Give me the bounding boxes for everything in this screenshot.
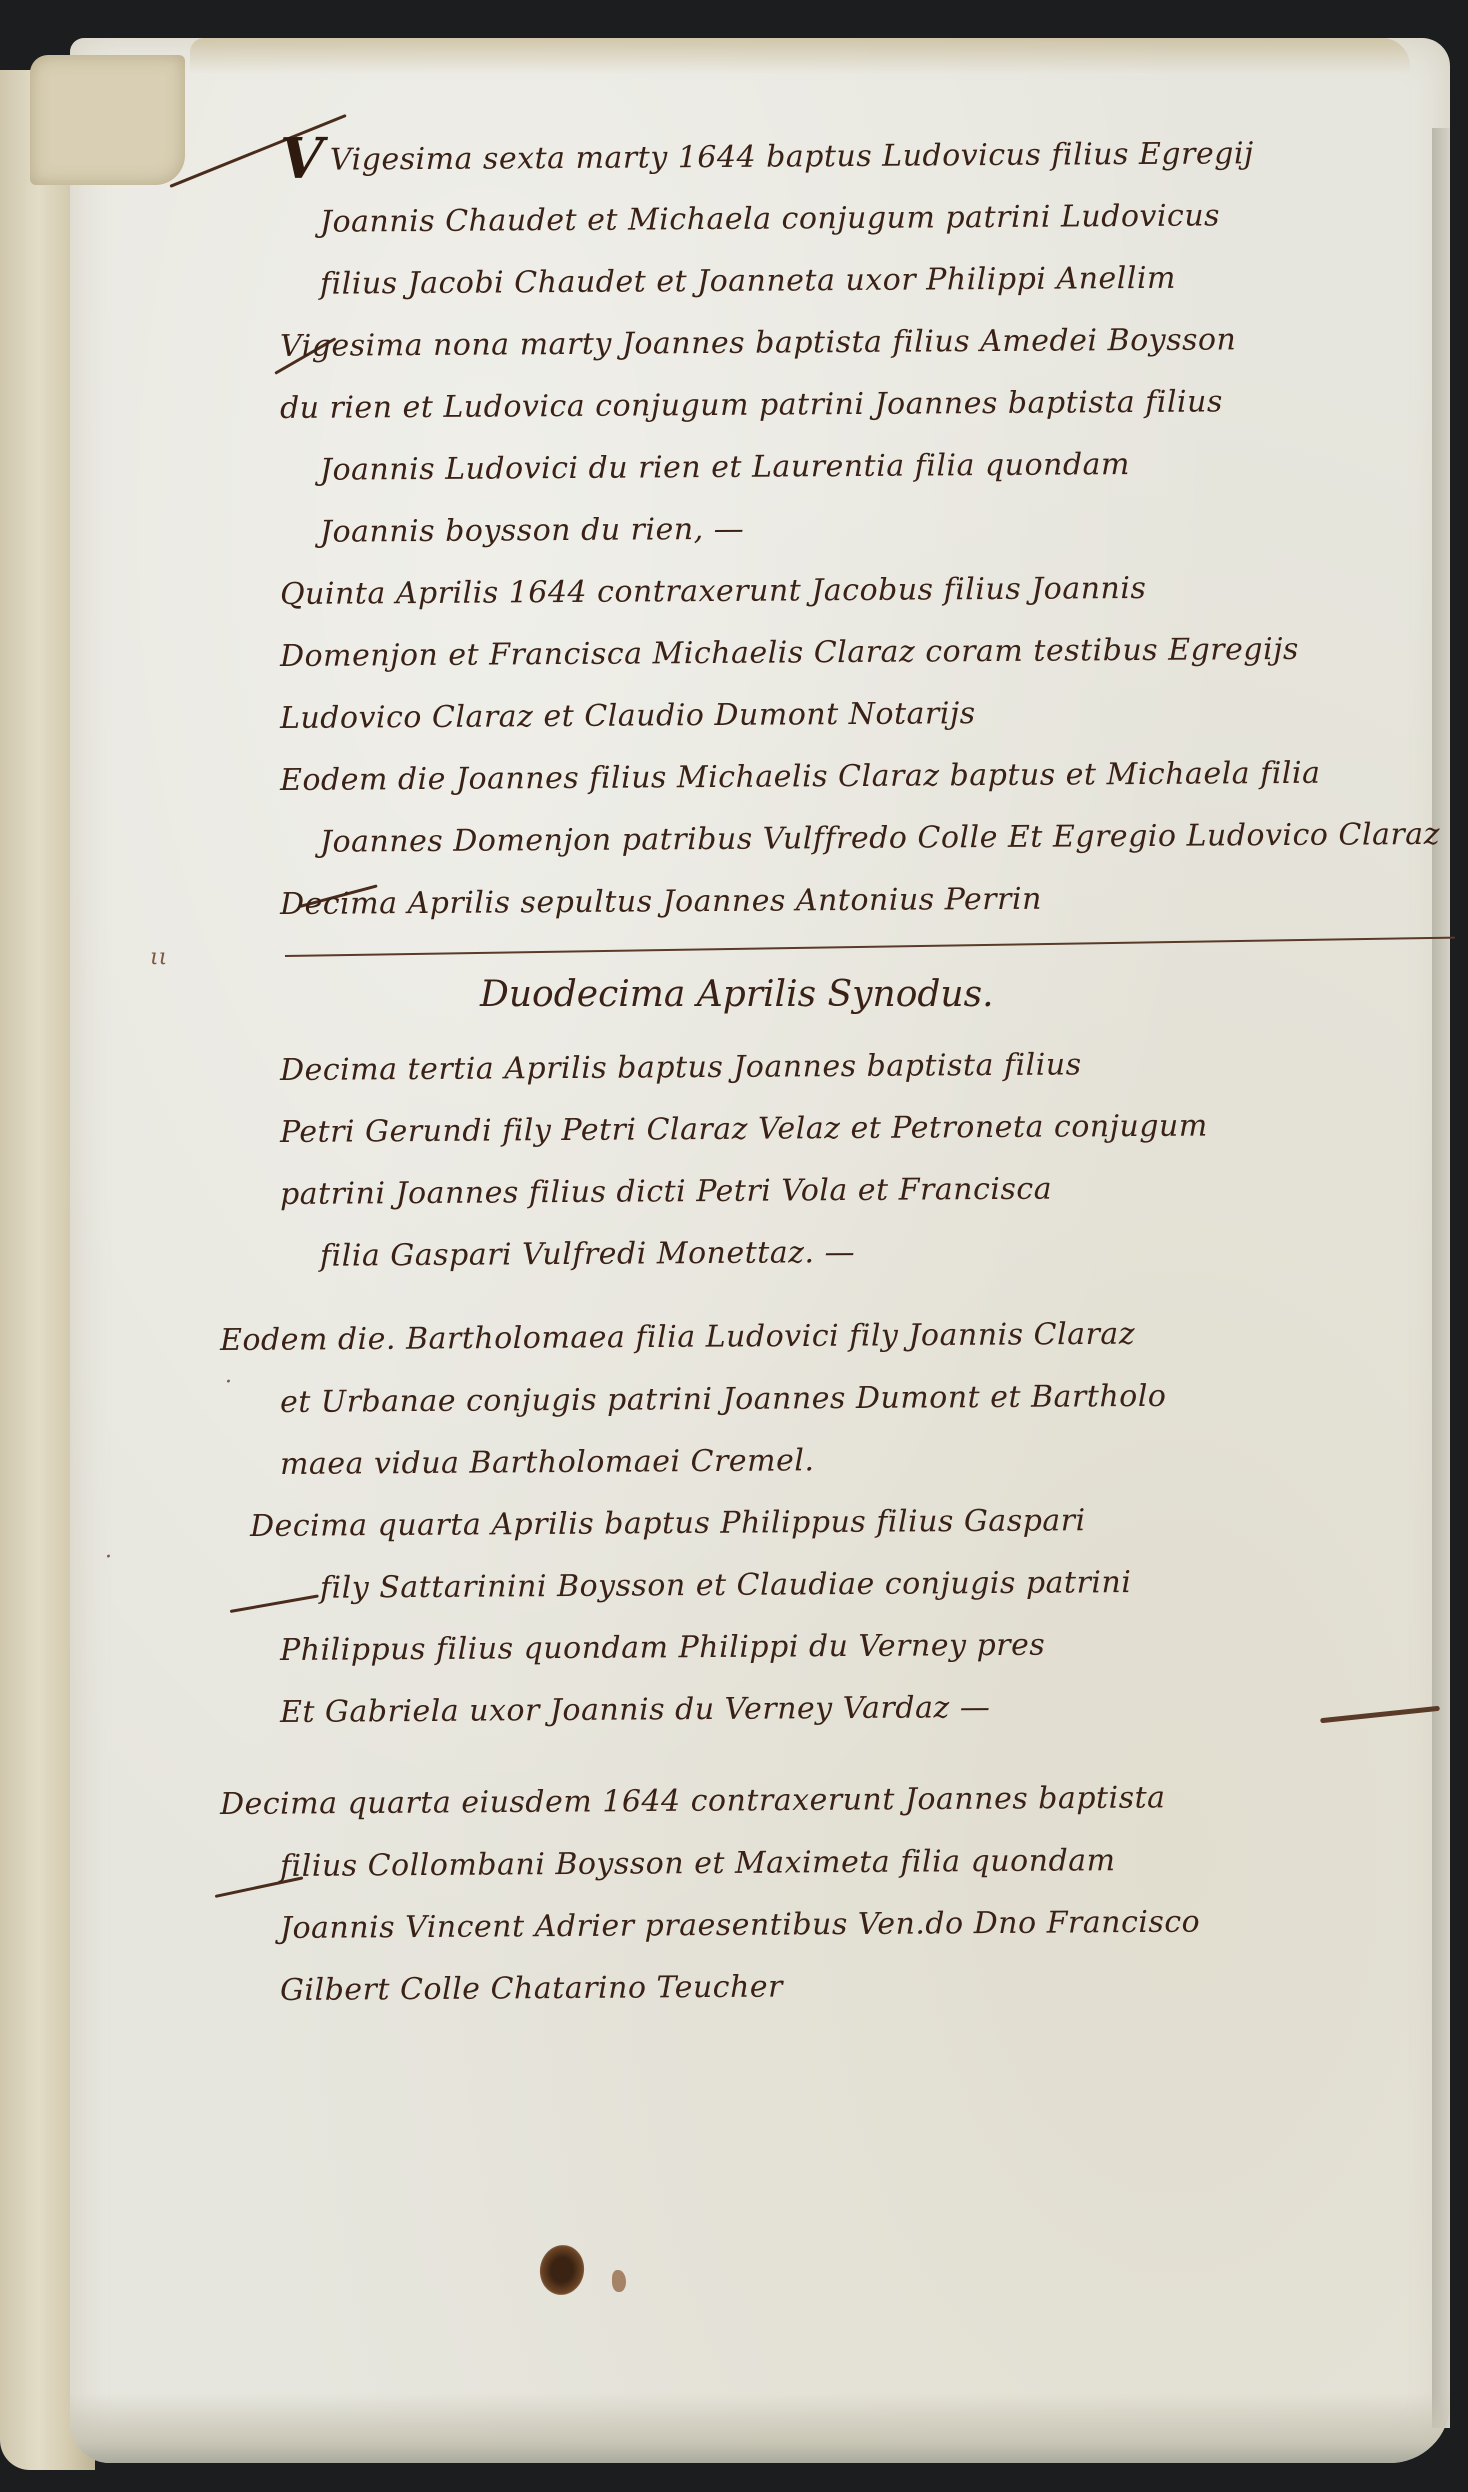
handwritten-line: Domenjon et Francisca Michaelis Claraz c… [280,618,1460,688]
handwritten-line: Decima Aprilis sepultus Joannes Antonius… [280,866,1460,936]
handwritten-line: Eodem die Joannes filius Michaelis Clara… [280,742,1460,812]
drop-initial: V [280,139,324,179]
handwritten-line: Quinta Aprilis 1644 contraxerunt Jacobus… [280,556,1460,626]
handwritten-line: Joannis Chaudet et Michaela conjugum pat… [280,184,1460,254]
handwritten-line: filia Gaspari Vulfredi Monettaz. — [280,1218,1460,1288]
register-entry: Decima quarta eiusdem 1644 contraxerunt … [280,1774,1460,2022]
margin-mark: · [225,1370,232,1395]
register-entry: Eodem die Joannes filius Michaelis Clara… [280,750,1460,936]
handwritten-line: Vigesima nona marty Joannes baptista fil… [280,308,1460,378]
torn-corner [30,55,185,185]
synod-heading: Duodecima Aprilis Synodus. [480,960,994,1030]
handwritten-line: Joannis Vincent Adrier praesentibus Ven.… [280,1890,1460,1960]
register-entry: Eodem die. Bartholomaea filia Ludovici f… [280,1310,1460,1496]
handwritten-line: du rien et Ludovica conjugum patrini Joa… [280,370,1460,440]
register-entry: VVigesima sexta marty 1644 baptus Ludovi… [280,130,1460,316]
handwritten-line: fily Sattarinini Boysson et Claudiae con… [280,1550,1460,1620]
handwritten-line: Petri Gerundi fily Petri Claraz Velaz et… [280,1094,1460,1164]
handwritten-line: Ludovico Claraz et Claudio Dumont Notari… [280,680,1460,750]
register-text: VVigesima sexta marty 1644 baptus Ludovi… [280,130,1460,936]
bottom-ragged-edge [70,2393,1450,2463]
register-entry: Vigesima nona marty Joannes baptista fil… [280,316,1460,564]
handwritten-line: maea vidua Bartholomaei Cremel. [280,1426,1460,1496]
handwritten-line: Decima tertia Aprilis baptus Joannes bap… [280,1032,1460,1102]
handwritten-line: Gilbert Colle Chatarino Teucher [280,1952,1460,2022]
handwritten-line: Philippus filius quondam Philippi du Ver… [280,1612,1460,1682]
handwritten-line: Joannes Domenjon patribus Vulffredo Coll… [280,804,1460,874]
handwritten-line: Decima quarta eiusdem 1644 contraxerunt … [220,1765,1460,1836]
top-edge-stain [190,38,1410,74]
handwritten-line: filius Collombani Boysson et Maximeta fi… [280,1828,1460,1898]
manuscript-scan: VVigesima sexta marty 1644 baptus Ludovi… [0,0,1468,2492]
register-text-lower: Decima tertia Aprilis baptus Joannes bap… [280,1040,1460,2022]
handwritten-line: patrini Joannes filius dicti Petri Vola … [280,1156,1460,1226]
register-entry: Decima tertia Aprilis baptus Joannes bap… [280,1040,1460,1288]
ink-fleck-stain [612,2270,626,2292]
handwritten-line: Joannis boysson du rien, — [280,494,1460,564]
handwritten-line: Et Gabriela uxor Joannis du Verney Varda… [280,1674,1460,1744]
handwritten-line: Decima quarta Aprilis baptus Philippus f… [250,1488,1460,1558]
margin-mark: ιι [150,945,167,970]
register-entry: Decima quarta Aprilis baptus Philippus f… [280,1496,1460,1744]
handwritten-line: Joannis Ludovici du rien et Laurentia fi… [280,432,1460,502]
handwritten-line: Eodem die. Bartholomaea filia Ludovici f… [220,1301,1460,1372]
handwritten-line: et Urbanae conjugis patrini Joannes Dumo… [280,1364,1460,1434]
handwritten-line: VVigesima sexta marty 1644 baptus Ludovi… [280,122,1460,192]
handwritten-line: filius Jacobi Chaudet et Joanneta uxor P… [280,246,1460,316]
register-entry: Quinta Aprilis 1644 contraxerunt Jacobus… [280,564,1460,750]
margin-mark: · [105,1545,112,1570]
